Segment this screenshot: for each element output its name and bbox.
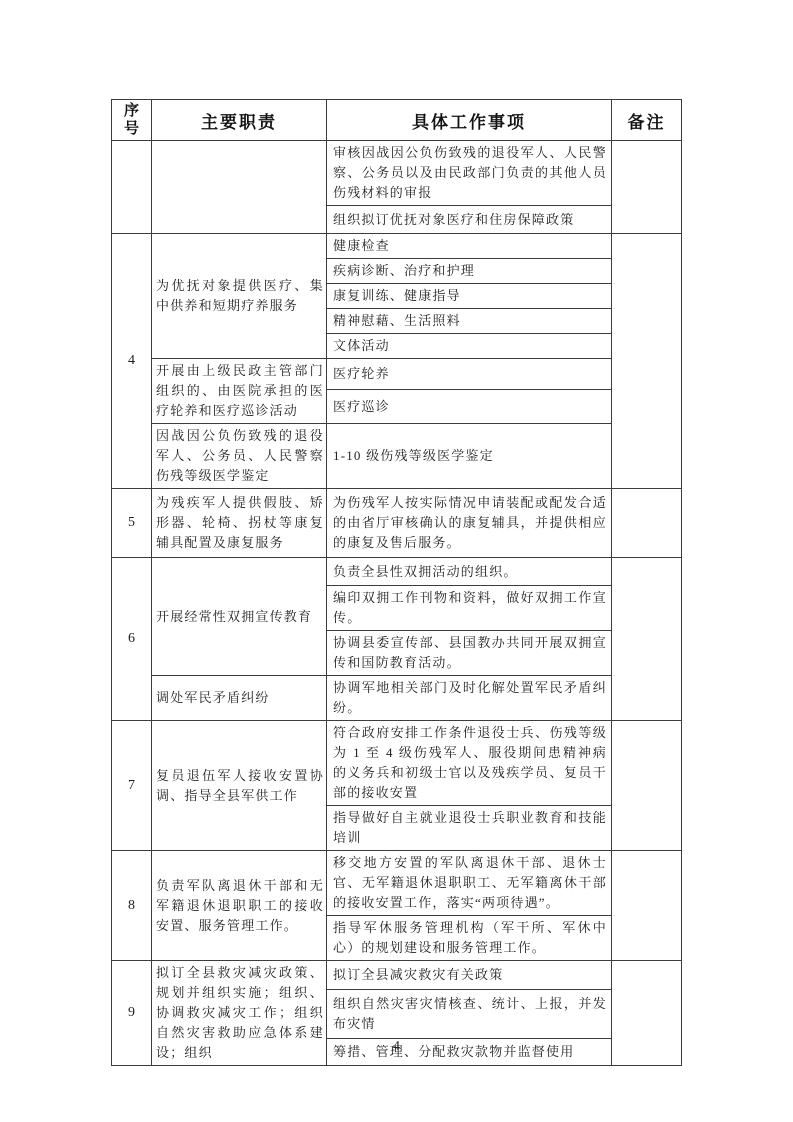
item-cell: 协调军地相关部门及时化解处置军民矛盾纠纷。 (327, 676, 612, 721)
item-cell: 编印双拥工作刊物和资料，做好双拥工作宣传。 (327, 586, 612, 631)
item-cell: 健康检查 (327, 234, 612, 259)
duty-cell: 为优抚对象提供医疗、集中供养和短期疗养服务 (152, 234, 327, 359)
item-cell: 指导做好自主就业退役士兵职业教育和技能培训 (327, 806, 612, 851)
index-cell: 8 (112, 851, 152, 961)
item-cell: 组织拟订优抚对象医疗和住房保障政策 (327, 206, 612, 234)
item-cell: 审核因战因公负伤致残的退役军人、人民警察、公务员以及由民政部门负责的其他人员伤残… (327, 141, 612, 206)
page-number: 4 (0, 1039, 793, 1055)
item-cell: 指导军休服务管理机构（军干所、军休中心）的规划建设和服务管理工作。 (327, 916, 612, 961)
table-row: 4 为优抚对象提供医疗、集中供养和短期疗养服务 健康检查 (112, 234, 682, 259)
table-row: 调处军民矛盾纠纷 协调军地相关部门及时化解处置军民矛盾纠纷。 (112, 676, 682, 721)
remark-cell (612, 234, 682, 489)
index-cell: 7 (112, 721, 152, 851)
header-col-items: 具体工作事项 (327, 100, 612, 141)
item-cell: 移交地方安置的军队离退休干部、退休士官、无军籍退休退职职工、无军籍离休干部的接收… (327, 851, 612, 916)
item-cell: 符合政府安排工作条件退役士兵、伤残等级为 1 至 4 级伤残军人、服役期间患精神… (327, 721, 612, 806)
duty-cell: 开展由上级民政主管部门组织的、由医院承担的医疗轮养和医疗巡诊活动 (152, 359, 327, 424)
table-header-row: 序号 主要职责 具体工作事项 备注 (112, 100, 682, 141)
duty-cell: 为残疾军人提供假肢、矫形器、轮椅、拐杖等康复辅具配置及康复服务 (152, 489, 327, 558)
table-row: 5 为残疾军人提供假肢、矫形器、轮椅、拐杖等康复辅具配置及康复服务 为伤残军人按… (112, 489, 682, 558)
header-col-remark: 备注 (612, 100, 682, 141)
index-cell: 5 (112, 489, 152, 558)
item-cell: 精神慰藉、生活照料 (327, 309, 612, 334)
duty-cell (152, 141, 327, 234)
header-col-duty: 主要职责 (152, 100, 327, 141)
item-cell: 负责全县性双拥活动的组织。 (327, 558, 612, 586)
index-cell (112, 141, 152, 234)
item-cell: 文体活动 (327, 334, 612, 359)
table-row: 审核因战因公负伤致残的退役军人、人民警察、公务员以及由民政部门负责的其他人员伤残… (112, 141, 682, 206)
item-cell: 协调县委宣传部、县国教办共同开展双拥宣传和国防教育活动。 (327, 631, 612, 676)
item-cell: 拟订全县减灾救灾有关政策 (327, 961, 612, 990)
remark-cell (612, 141, 682, 234)
item-cell: 1-10 级伤残等级医学鉴定 (327, 424, 612, 489)
duty-cell: 因战因公负伤致残的退役军人、公务员、人民警察伤残等级医学鉴定 (152, 424, 327, 489)
remark-cell (612, 721, 682, 851)
duty-cell: 复员退伍军人接收安置协调、指导全县军供工作 (152, 721, 327, 851)
duty-cell: 开展经常性双拥宣传教育 (152, 558, 327, 676)
remark-cell (612, 489, 682, 558)
item-cell: 康复训练、健康指导 (327, 284, 612, 309)
duty-cell: 调处军民矛盾纠纷 (152, 676, 327, 721)
item-cell: 为伤残军人按实际情况申请装配或配发合适的由省厅审核确认的康复辅具，并提供相应的康… (327, 489, 612, 558)
remark-cell (612, 851, 682, 961)
index-cell: 6 (112, 558, 152, 721)
table-row: 开展由上级民政主管部门组织的、由医院承担的医疗轮养和医疗巡诊活动 医疗轮养 (112, 359, 682, 390)
item-cell: 组织自然灾害灾情核查、统计、上报，并发布灾情 (327, 990, 612, 1039)
remark-cell (612, 558, 682, 721)
table-row: 6 开展经常性双拥宣传教育 负责全县性双拥活动的组织。 (112, 558, 682, 586)
item-cell: 疾病诊断、治疗和护理 (327, 259, 612, 284)
duties-table: 序号 主要职责 具体工作事项 备注 审核因战因公负伤致残的退役军人、人民警察、公… (111, 99, 682, 1066)
document-page: 序号 主要职责 具体工作事项 备注 审核因战因公负伤致残的退役军人、人民警察、公… (0, 0, 793, 1122)
duty-cell: 负责军队离退休干部和无军籍退休退职职工的接收安置、服务管理工作。 (152, 851, 327, 961)
index-cell: 4 (112, 234, 152, 489)
item-cell: 医疗巡诊 (327, 390, 612, 424)
item-cell: 医疗轮养 (327, 359, 612, 390)
table-row: 因战因公负伤致残的退役军人、公务员、人民警察伤残等级医学鉴定 1-10 级伤残等… (112, 424, 682, 489)
table-row: 8 负责军队离退休干部和无军籍退休退职职工的接收安置、服务管理工作。 移交地方安… (112, 851, 682, 916)
table-row: 9 拟订全县救灾减灾政策、规划并组织实施；组织、协调救灾减灾工作；组织自然灾害救… (112, 961, 682, 990)
header-col-index: 序号 (112, 100, 152, 141)
table-row: 7 复员退伍军人接收安置协调、指导全县军供工作 符合政府安排工作条件退役士兵、伤… (112, 721, 682, 806)
